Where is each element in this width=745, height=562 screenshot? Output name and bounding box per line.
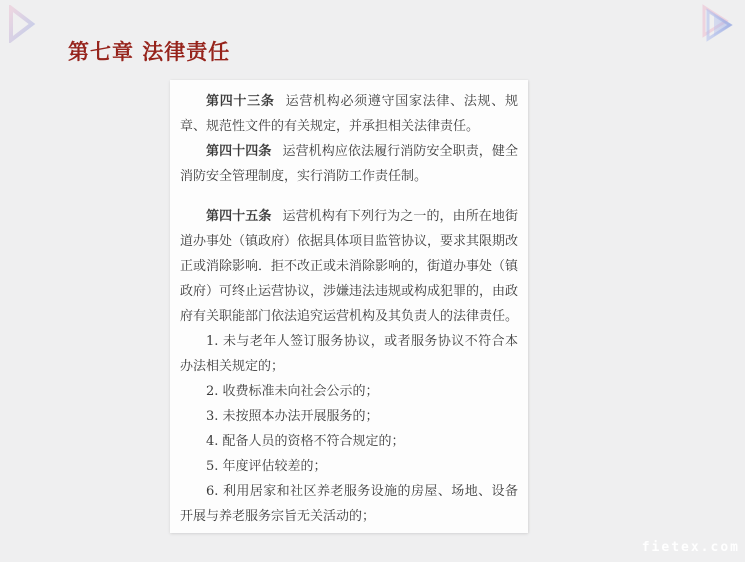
article-45: 第四十五条运营机构有下列行为之一的，由所在地街道办事处（镇政府）依据具体项目监管…	[180, 204, 518, 329]
list-item-5: 5. 年度评估较差的；	[180, 454, 518, 479]
list-item-3: 3. 未按照本办法开展服务的；	[180, 404, 518, 429]
slide-canvas: 第七章 法律责任 第四十三条运营机构必须遵守国家法律、法规、规章、规范性文件的有…	[0, 0, 745, 562]
list-item-6: 6. 利用居家和社区养老服务设施的房屋、场地、设备开展与养老服务宗旨无关活动的；	[180, 479, 518, 529]
list-item-4: 4. 配备人员的资格不符合规定的；	[180, 429, 518, 454]
article-45-number: 第四十五条	[206, 209, 271, 224]
article-43-number: 第四十三条	[206, 94, 275, 109]
article-44: 第四十四条运营机构应依法履行消防安全职责，健全消防安全管理制度，实行消防工作责任…	[180, 139, 518, 189]
article-45-text: 运营机构有下列行为之一的，由所在地街道办事处（镇政府）依据具体项目监管协议，要求…	[180, 209, 518, 324]
chapter-title: 第七章 法律责任	[68, 36, 230, 66]
list-item-2: 2. 收费标准未向社会公示的；	[180, 379, 518, 404]
article-43: 第四十三条运营机构必须遵守国家法律、法规、规章、规范性文件的有关规定，并承担相关…	[180, 89, 518, 139]
article-44-number: 第四十四条	[206, 144, 271, 159]
fast-forward-icon	[697, 3, 739, 43]
watermark: fietex.com	[642, 540, 740, 555]
list-item-1: 1. 未与老年人签订服务协议，或者服务协议不符合本办法相关规定的；	[180, 329, 518, 379]
document-page: 第四十三条运营机构必须遵守国家法律、法规、规章、规范性文件的有关规定，并承担相关…	[170, 80, 528, 533]
play-arrow-icon	[7, 5, 37, 43]
